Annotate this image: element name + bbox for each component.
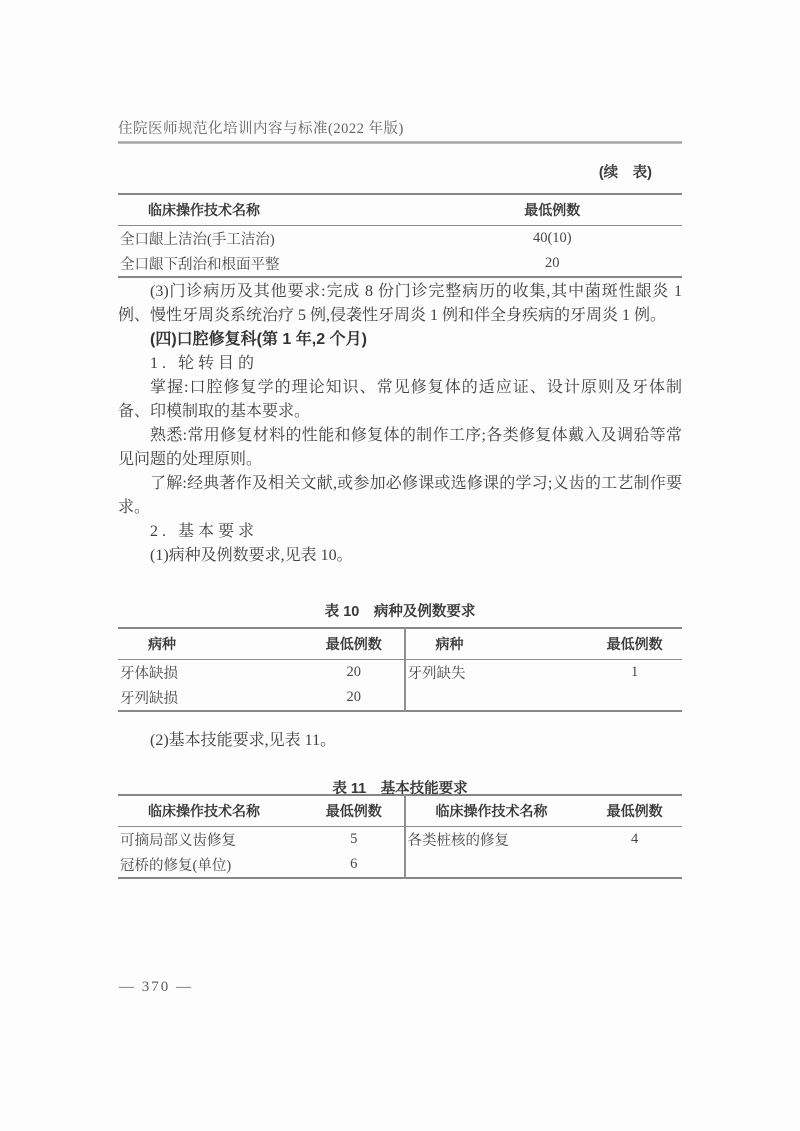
paragraph-understand: 了解:经典著作及相关文献,或参加必修课或选修课的学习;义齿的工艺制作要求。 [118, 472, 682, 520]
column-header-disease: 病种 [118, 628, 304, 660]
column-header-skill-name: 临床操作技术名称 [118, 795, 304, 827]
column-header-min-cases: 最低例数 [423, 194, 682, 226]
min-cases-cell: 20 [304, 685, 404, 711]
page-number: — 370 — [119, 979, 193, 996]
disease-cell: 牙列缺失 [405, 660, 588, 686]
section-heading-prosthodontics: (四)口腔修复科(第 1 年,2 个月) [118, 328, 682, 352]
min-cases-cell: 1 [587, 660, 682, 686]
table-header-row: 临床操作技术名称 最低例数 临床操作技术名称 最低例数 [118, 795, 682, 827]
skill-name-cell: 全口龈下刮治和根面平整 [118, 251, 423, 277]
paragraph-outpatient-records: (3)门诊病历及其他要求:完成 8 份门诊完整病历的收集,其中菌斑性龈炎 1 例… [118, 280, 682, 328]
skill-name-cell [405, 852, 588, 878]
column-header-skill-name: 临床操作技术名称 [118, 194, 423, 226]
table-row: 全口龈上洁治(手工洁治) 40(10) [118, 226, 682, 252]
skill-name-cell: 冠桥的修复(单位) [118, 852, 304, 878]
column-header-min-cases: 最低例数 [304, 795, 404, 827]
running-head: 住院医师规范化培训内容与标准(2022 年版) [118, 117, 682, 138]
table-header-row: 病种 最低例数 病种 最低例数 [118, 628, 682, 660]
paragraph-familiar: 熟悉:常用修复材料的性能和修复体的制作工序;各类修复体戴入及调𬌗等常见问题的处理… [118, 424, 682, 472]
disease-cases-table: 病种 最低例数 病种 最低例数 牙体缺损 20 牙列缺失 1 牙列缺损 20 [118, 627, 682, 712]
min-cases-cell: 4 [587, 827, 682, 853]
table-header-row: 临床操作技术名称 最低例数 [118, 194, 682, 226]
disease-cell: 牙体缺损 [118, 660, 304, 686]
min-cases-cell: 40(10) [423, 226, 682, 252]
column-header-min-cases: 最低例数 [587, 795, 682, 827]
min-cases-cell [587, 852, 682, 878]
table10-caption: 表 10 病种及例数要求 [118, 600, 682, 621]
paragraph-skill-requirement: (2)基本技能要求,见表 11。 [118, 729, 682, 753]
table-row: 冠桥的修复(单位) 6 [118, 852, 682, 878]
table-row: 可摘局部义齿修复 5 各类桩核的修复 4 [118, 827, 682, 853]
skill-name-cell: 全口龈上洁治(手工洁治) [118, 226, 423, 252]
paragraph-skill-requirement-text: (2)基本技能要求,见表 11。 [118, 729, 682, 753]
table-row: 牙列缺损 20 [118, 685, 682, 711]
paragraph-disease-requirement: (1)病种及例数要求,见表 10。 [118, 544, 682, 568]
column-header-skill-name: 临床操作技术名称 [405, 795, 588, 827]
basic-skills-table: 临床操作技术名称 最低例数 临床操作技术名称 最低例数 可摘局部义齿修复 5 各… [118, 794, 682, 879]
table-continuation-note: (续 表) [118, 161, 652, 182]
document-page: 住院医师规范化培训内容与标准(2022 年版) (续 表) 临床操作技术名称 最… [0, 0, 800, 1131]
min-cases-cell [587, 685, 682, 711]
continued-skill-table: 临床操作技术名称 最低例数 全口龈上洁治(手工洁治) 40(10) 全口龈下刮治… [118, 193, 682, 278]
column-header-min-cases: 最低例数 [304, 628, 404, 660]
subsection-rotation-purpose: 1. 轮转目的 [118, 352, 682, 376]
paragraph-master: 掌握:口腔修复学的理论知识、常见修复体的适应证、设计原则及牙体制备、印模制取的基… [118, 376, 682, 424]
skill-name-cell: 可摘局部义齿修复 [118, 827, 304, 853]
column-header-disease: 病种 [405, 628, 588, 660]
subsection-basic-requirements: 2. 基本要求 [118, 520, 682, 544]
disease-cell: 牙列缺损 [118, 685, 304, 711]
min-cases-cell: 5 [304, 827, 404, 853]
skill-name-cell: 各类桩核的修复 [405, 827, 588, 853]
disease-cell [405, 685, 588, 711]
column-header-min-cases: 最低例数 [587, 628, 682, 660]
body-text: (3)门诊病历及其他要求:完成 8 份门诊完整病历的收集,其中菌斑性龈炎 1 例… [118, 280, 682, 568]
table-row: 全口龈下刮治和根面平整 20 [118, 251, 682, 277]
min-cases-cell: 6 [304, 852, 404, 878]
table-row: 牙体缺损 20 牙列缺失 1 [118, 660, 682, 686]
min-cases-cell: 20 [304, 660, 404, 686]
running-head-rule [118, 141, 682, 144]
min-cases-cell: 20 [423, 251, 682, 277]
